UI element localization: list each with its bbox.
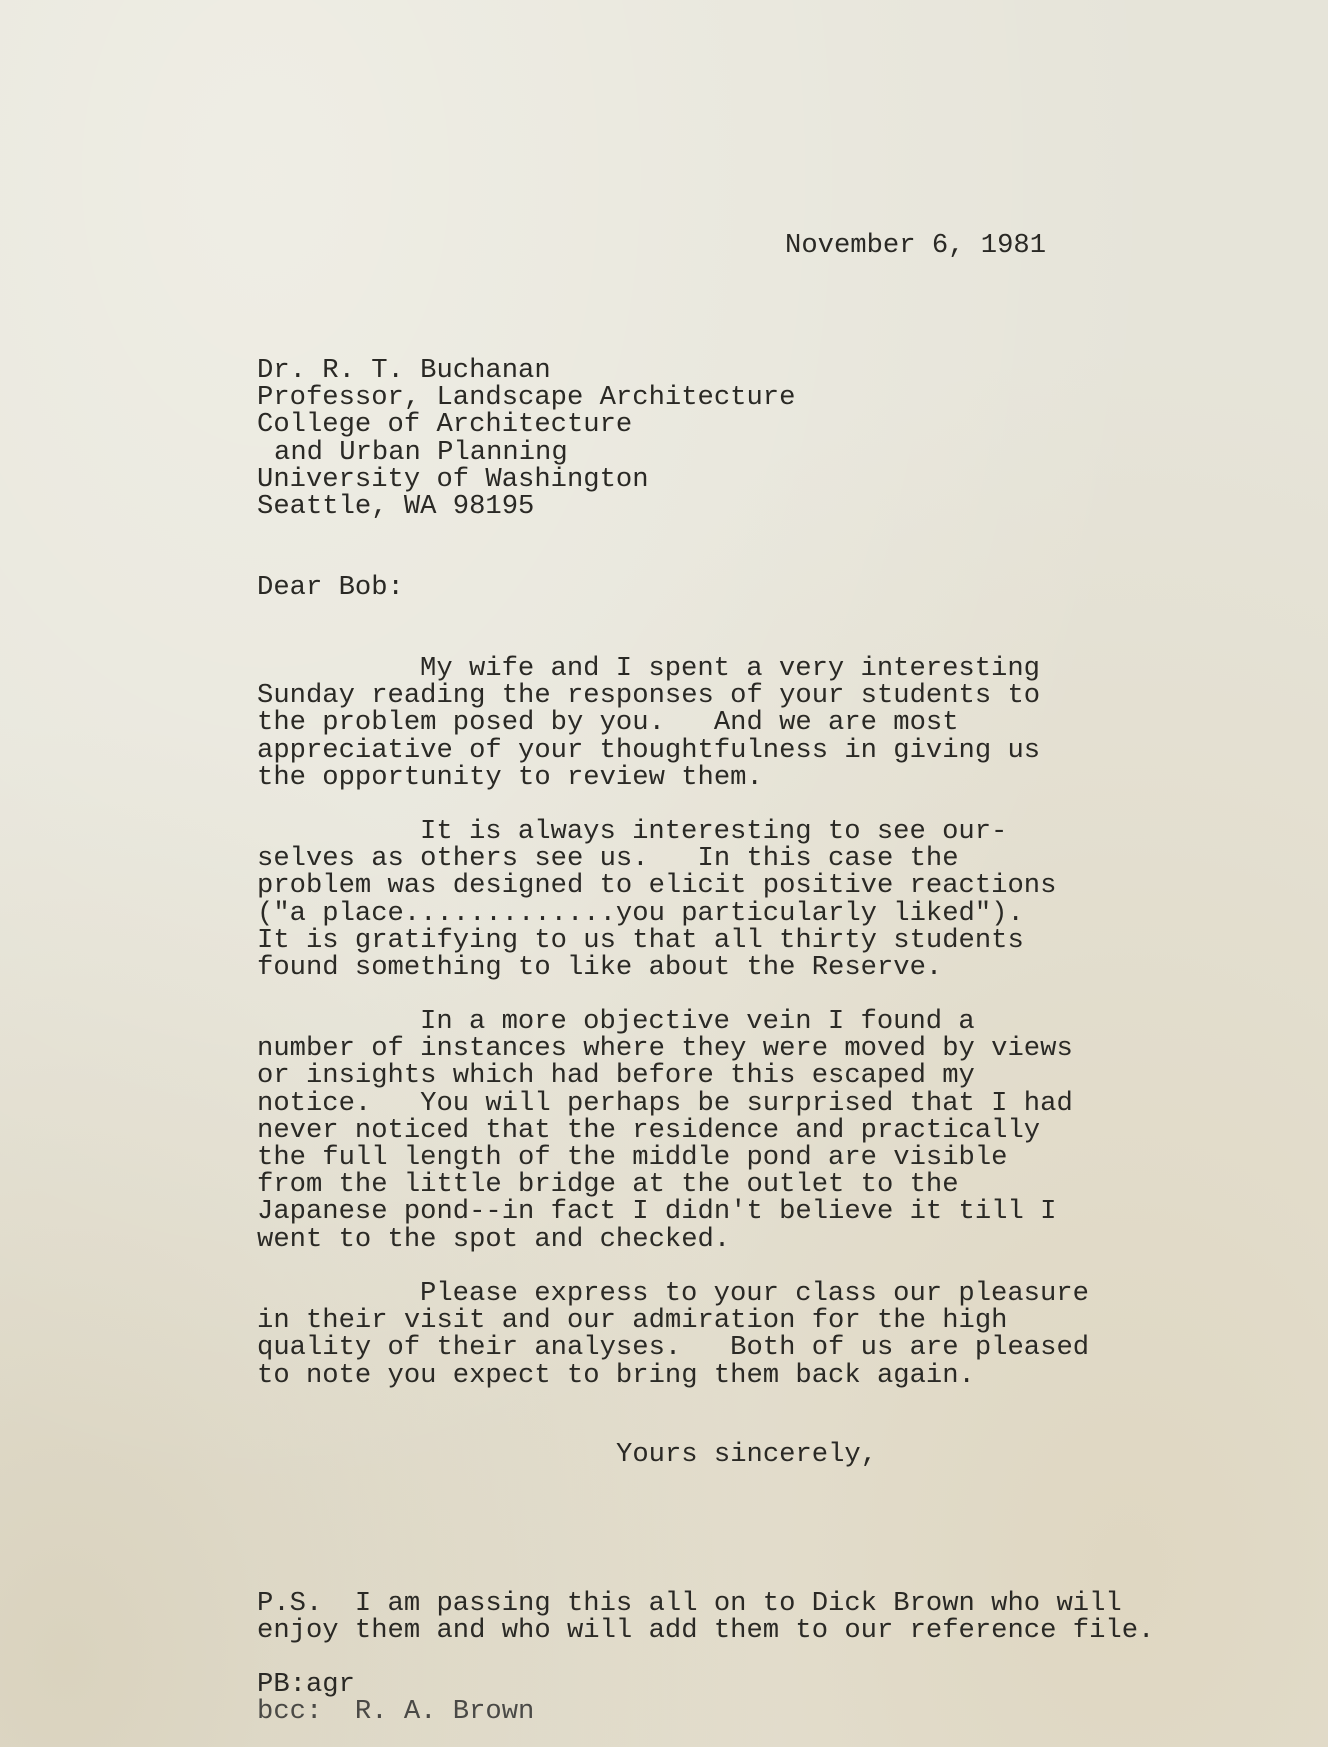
paragraph-3: In a more objective vein I found a numbe… [257, 1008, 1073, 1253]
letter-date: November 6, 1981 [785, 232, 1046, 259]
bcc-line: bcc: R. A. Brown [257, 1698, 534, 1725]
paragraph-line: selves as others see us. In this case th… [257, 845, 1056, 872]
paragraph-line: the problem posed by you. And we are mos… [257, 709, 1040, 736]
paragraph-line: from the little bridge at the outlet to … [257, 1171, 1073, 1198]
paragraph-line: never noticed that the residence and pra… [257, 1117, 1073, 1144]
postscript: P.S. I am passing this all on to Dick Br… [257, 1590, 1154, 1644]
postscript-line: P.S. I am passing this all on to Dick Br… [257, 1590, 1154, 1617]
recipient-university: University of Washington [257, 466, 795, 493]
paragraph-line: or insights which had before this escape… [257, 1062, 1073, 1089]
paragraph-line: Sunday reading the responses of your stu… [257, 682, 1040, 709]
recipient-college-cont: and Urban Planning [257, 439, 795, 466]
salutation: Dear Bob: [257, 574, 404, 601]
paragraph-1: My wife and I spent a very interesting S… [257, 655, 1040, 791]
recipient-college: College of Architecture [257, 411, 795, 438]
paragraph-line: Please express to your class our pleasur… [257, 1280, 1089, 1307]
paragraph-line: to note you expect to bring them back ag… [257, 1362, 1089, 1389]
paragraph-line: in their visit and our admiration for th… [257, 1307, 1089, 1334]
paragraph-line: It is gratifying to us that all thirty s… [257, 927, 1056, 954]
paragraph-line: the opportunity to review them. [257, 764, 1040, 791]
recipient-title: Professor, Landscape Architecture [257, 384, 795, 411]
paragraph-line: It is always interesting to see our- [257, 818, 1056, 845]
paragraph-line: quality of their analyses. Both of us ar… [257, 1334, 1089, 1361]
reference-initials: PB:agr [257, 1671, 534, 1698]
recipient-city: Seattle, WA 98195 [257, 493, 795, 520]
paragraph-line: went to the spot and checked. [257, 1226, 1073, 1253]
paragraph-line: ("a place.............you particularly l… [257, 900, 1056, 927]
letter-page: November 6, 1981 Dr. R. T. Buchanan Prof… [0, 0, 1328, 1747]
recipient-address: Dr. R. T. Buchanan Professor, Landscape … [257, 357, 795, 520]
paragraph-2: It is always interesting to see our- sel… [257, 818, 1056, 981]
paragraph-line: number of instances where they were move… [257, 1035, 1073, 1062]
paragraph-4: Please express to your class our pleasur… [257, 1280, 1089, 1389]
paragraph-line: appreciative of your thoughtfulness in g… [257, 737, 1040, 764]
postscript-line: enjoy them and who will add them to our … [257, 1617, 1154, 1644]
recipient-name: Dr. R. T. Buchanan [257, 357, 795, 384]
closing: Yours sincerely, [616, 1441, 877, 1468]
reference-block: PB:agr bcc: R. A. Brown [257, 1671, 534, 1725]
paragraph-line: problem was designed to elicit positive … [257, 872, 1056, 899]
paragraph-line: My wife and I spent a very interesting [257, 655, 1040, 682]
salutation-text: Dear Bob: [257, 574, 404, 601]
paragraph-line: the full length of the middle pond are v… [257, 1144, 1073, 1171]
paragraph-line: In a more objective vein I found a [257, 1008, 1073, 1035]
paragraph-line: Japanese pond--in fact I didn't believe … [257, 1198, 1073, 1225]
paragraph-line: found something to like about the Reserv… [257, 954, 1056, 981]
paragraph-line: notice. You will perhaps be surprised th… [257, 1090, 1073, 1117]
